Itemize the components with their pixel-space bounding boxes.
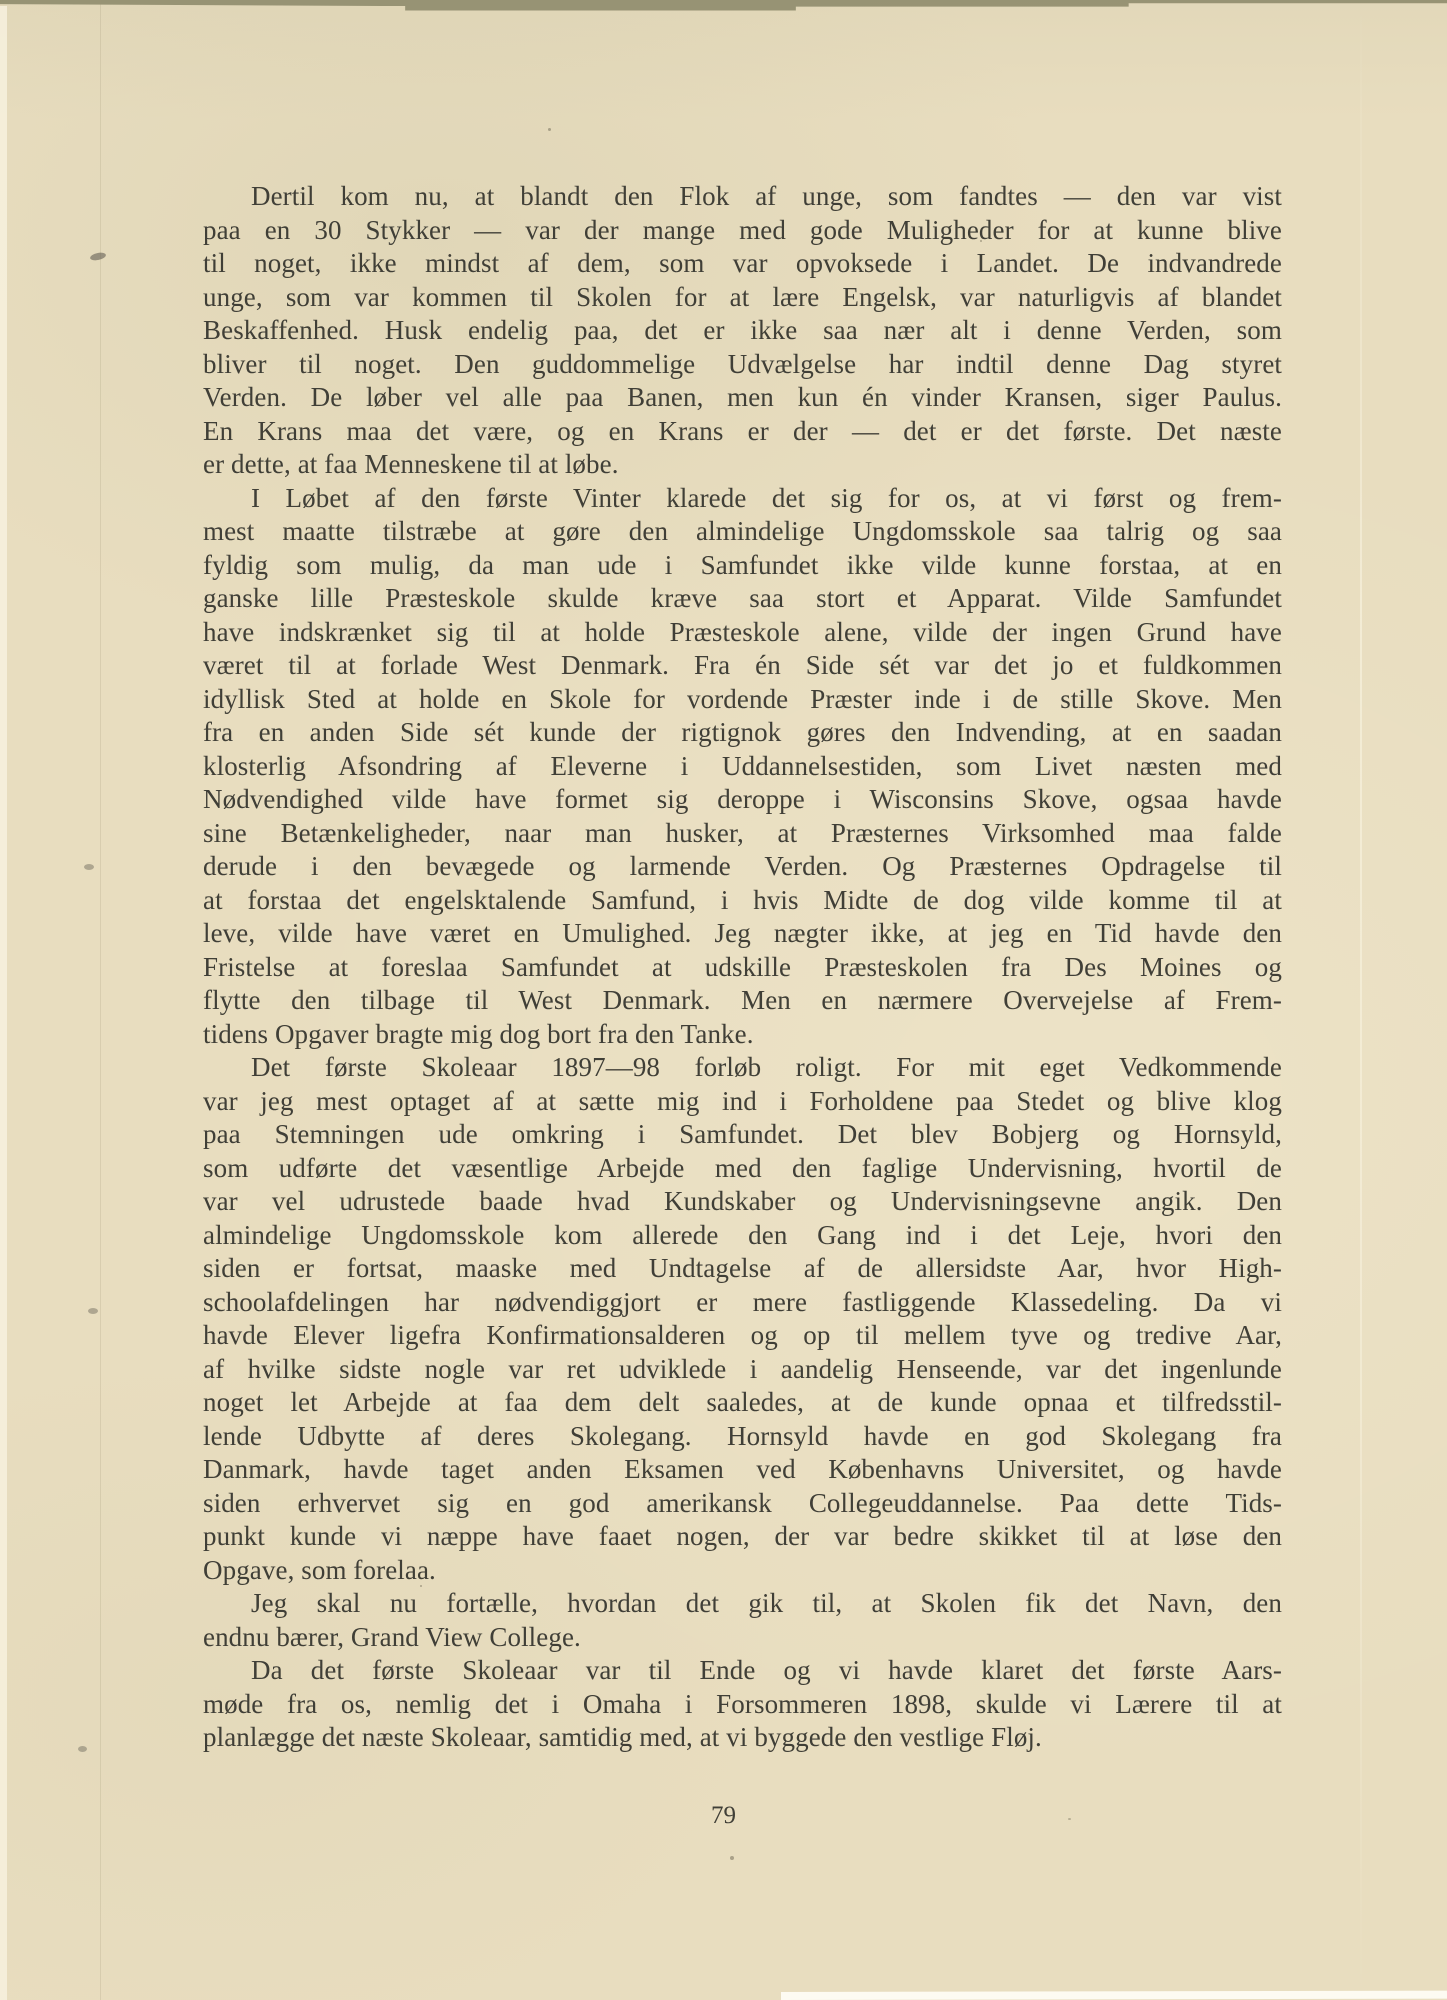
text-line: Nødvendighed vilde have formet sig derop… [203,783,1282,817]
binding-mark [78,1746,87,1752]
paragraph: I Løbet af den første Vinter klarede det… [203,482,1282,1052]
scan-bottom-edge [781,1991,1447,2000]
text-line: Da det første Skoleaar var til Ende og v… [203,1654,1282,1688]
dust-speck [548,128,551,131]
text-line: er dette, at faa Menneskene til at løbe. [203,448,1282,482]
book-page-scan: { "colors": { "paper": "#e8ddbf", "ink":… [0,0,1447,2000]
text-line: endnu bærer, Grand View College. [203,1621,1282,1655]
dust-speck [730,1856,734,1860]
binding-mark [84,864,94,870]
paper-crease-right [1360,0,1362,2000]
text-line: paa Stemningen ude omkring i Samfundet. … [203,1118,1282,1152]
text-line: at forstaa det engelsktalende Samfund, i… [203,884,1282,918]
text-line: schoolafdelingen har nødvendiggjort er m… [203,1286,1282,1320]
text-line: møde fra os, nemlig det i Omaha i Forsom… [203,1688,1282,1722]
text-line: Det første Skoleaar 1897—98 forløb rolig… [203,1051,1282,1085]
scan-left-edge [0,6,7,2000]
text-line: var jeg mest optaget af at sætte mig ind… [203,1085,1282,1119]
text-line: lende Udbytte af deres Skolegang. Hornsy… [203,1420,1282,1454]
scan-top-edge [0,0,1447,11]
text-line: til noget, ikke mindst af dem, som var o… [203,247,1282,281]
text-line: klosterlig Afsondring af Eleverne i Udda… [203,750,1282,784]
text-line: siden erhvervet sig en god amerikansk Co… [203,1487,1282,1521]
text-line: fyldig som mulig, da man ude i Samfundet… [203,549,1282,583]
text-line: sine Betænkeligheder, naar man husker, a… [203,817,1282,851]
text-line: derude i den bevægede og larmende Verden… [203,850,1282,884]
text-line: havde Elever ligefra Konfirmationsaldere… [203,1319,1282,1353]
text-line: Beskaffenhed. Husk endelig paa, det er i… [203,314,1282,348]
text-line: planlægge det næste Skoleaar, samtidig m… [203,1721,1282,1755]
text-line: fra en anden Side sét kunde der rigtigno… [203,716,1282,750]
text-line: unge, som var kommen til Skolen for at l… [203,281,1282,315]
text-line: have indskrænket sig til at holde Præste… [203,616,1282,650]
text-line: almindelige Ungdomsskole kom allerede de… [203,1219,1282,1253]
page-number: 79 [0,1802,1447,1830]
text-line: noget let Arbejde at faa dem delt saaled… [203,1386,1282,1420]
text-line: af hvilke sidste nogle var ret udviklede… [203,1353,1282,1387]
binding-mark [89,251,106,261]
text-line: tidens Opgaver bragte mig dog bort fra d… [203,1018,1282,1052]
text-line: Danmark, havde taget anden Eksamen ved K… [203,1453,1282,1487]
text-line: paa en 30 Stykker — var der mange med go… [203,214,1282,248]
text-line: Jeg skal nu fortælle, hvordan det gik ti… [203,1587,1282,1621]
text-line: idyllisk Sted at holde en Skole for vord… [203,683,1282,717]
text-line: var vel udrustede baade hvad Kundskaber … [203,1185,1282,1219]
paragraph: Jeg skal nu fortælle, hvordan det gik ti… [203,1587,1282,1654]
text-line: Verden. De løber vel alle paa Banen, men… [203,381,1282,415]
paragraph: Da det første Skoleaar var til Ende og v… [203,1654,1282,1755]
text-line: mest maatte tilstræbe at gøre den almind… [203,515,1282,549]
text-line: Dertil kom nu, at blandt den Flok af ung… [203,180,1282,214]
text-line: punkt kunde vi næppe have faaet nogen, d… [203,1520,1282,1554]
text-line: været til at forlade West Denmark. Fra é… [203,649,1282,683]
paragraph: Dertil kom nu, at blandt den Flok af ung… [203,180,1282,482]
text-line: bliver til noget. Den guddommelige Udvæl… [203,348,1282,382]
paper-crease-left [100,0,101,2000]
text-line: flytte den tilbage til West Denmark. Men… [203,984,1282,1018]
text-line: leve, vilde have været en Umulighed. Jeg… [203,917,1282,951]
text-line: Opgave, som forelaa. [203,1554,1282,1588]
text-line: ganske lille Præsteskole skulde kræve sa… [203,582,1282,616]
text-line: I Løbet af den første Vinter klarede det… [203,482,1282,516]
page-text: Dertil kom nu, at blandt den Flok af ung… [203,180,1282,1755]
paragraph: Det første Skoleaar 1897—98 forløb rolig… [203,1051,1282,1587]
text-line: som udførte det væsentlige Arbejde med d… [203,1152,1282,1186]
binding-mark [88,1308,98,1314]
text-line: siden er fortsat, maaske med Undtagelse … [203,1252,1282,1286]
text-line: Fristelse at foreslaa Samfundet at udski… [203,951,1282,985]
text-line: En Krans maa det være, og en Krans er de… [203,415,1282,449]
